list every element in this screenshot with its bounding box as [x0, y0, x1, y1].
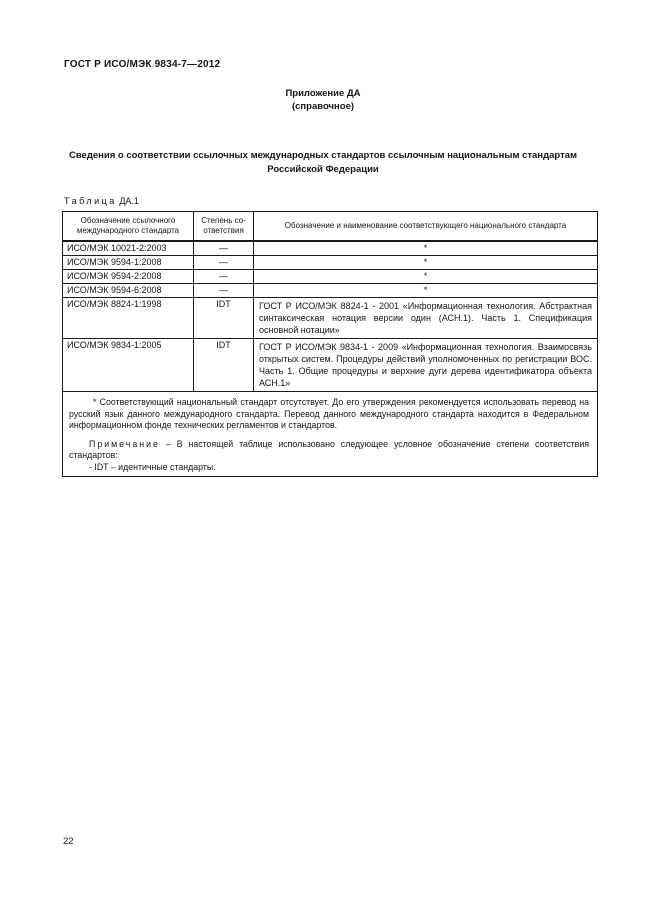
national-standard-cell: ГОСТ Р ИСО/МЭК 8824-1 - 2001 «Информацио…	[254, 298, 598, 339]
note-label: Примечание	[89, 439, 160, 449]
degree-cell: IDT	[194, 339, 254, 392]
note-item: - IDT – идентичные стандарты.	[69, 462, 589, 474]
appendix-heading: Приложение ДА (справочное)	[0, 88, 646, 113]
table-caption-number: ДА.1	[119, 196, 139, 206]
degree-cell: —	[194, 284, 254, 298]
table-row: ИСО/МЭК 9834-1:2005 IDT ГОСТ Р ИСО/МЭК 9…	[63, 339, 598, 392]
appendix-kind: (справочное)	[0, 101, 646, 114]
table-footer-cell: * Соответствующий национальный стандарт …	[63, 392, 598, 477]
document-page: ГОСТ Р ИСО/МЭК 9834-7—2012 Приложение ДА…	[0, 0, 646, 913]
national-standard-cell: ГОСТ Р ИСО/МЭК 9834-1 - 2009 «Информацио…	[254, 339, 598, 392]
national-standard-cell: *	[254, 241, 598, 256]
ref-standard-cell: ИСО/МЭК 8824-1:1998	[63, 298, 194, 339]
table-row: ИСО/МЭК 8824-1:1998 IDT ГОСТ Р ИСО/МЭК 8…	[63, 298, 598, 339]
national-standard-cell: *	[254, 284, 598, 298]
table-caption-label: Таблица	[64, 196, 117, 206]
ref-standard-cell: ИСО/МЭК 10021-2:2003	[63, 241, 194, 256]
ref-standard-cell: ИСО/МЭК 9834-1:2005	[63, 339, 194, 392]
ref-standard-cell: ИСО/МЭК 9594-6:2008	[63, 284, 194, 298]
degree-cell: —	[194, 256, 254, 270]
ref-standard-cell: ИСО/МЭК 9594-1:2008	[63, 256, 194, 270]
table-row: ИСО/МЭК 10021-2:2003 — *	[63, 241, 598, 256]
doc-code: ГОСТ Р ИСО/МЭК 9834-7—2012	[64, 59, 220, 70]
column-header-ref-standard: Обозначение ссылочного международного ст…	[63, 212, 194, 242]
column-header-degree: Степень со-ответствия	[194, 212, 254, 242]
degree-cell: —	[194, 241, 254, 256]
document-title: Сведения о соответствии ссылочных междун…	[63, 149, 583, 177]
degree-cell: —	[194, 270, 254, 284]
table-footnote: * Соответствующий национальный стандарт …	[69, 397, 589, 432]
appendix-label: Приложение ДА	[0, 88, 646, 101]
degree-cell: IDT	[194, 298, 254, 339]
header-row: Обозначение ссылочного международного ст…	[63, 212, 598, 242]
document-title-wrap: Сведения о соответствии ссылочных междун…	[0, 149, 646, 177]
table-row: ИСО/МЭК 9594-6:2008 — *	[63, 284, 598, 298]
ref-standard-cell: ИСО/МЭК 9594-2:2008	[63, 270, 194, 284]
national-standard-cell: *	[254, 256, 598, 270]
correspondence-table: Обозначение ссылочного международного ст…	[62, 211, 598, 477]
table-row: ИСО/МЭК 9594-1:2008 — *	[63, 256, 598, 270]
table-row: ИСО/МЭК 9594-2:2008 — *	[63, 270, 598, 284]
table-caption: Таблица ДА.1	[64, 196, 139, 206]
table-footer-row: * Соответствующий национальный стандарт …	[63, 392, 598, 477]
column-header-national-standard: Обозначение и наименование соответствующ…	[254, 212, 598, 242]
table-note: Примечание – В настоящей таблице использ…	[69, 439, 589, 462]
national-standard-cell: *	[254, 270, 598, 284]
page-number: 22	[63, 836, 74, 847]
table-wrap: Обозначение ссылочного международного ст…	[62, 211, 598, 477]
